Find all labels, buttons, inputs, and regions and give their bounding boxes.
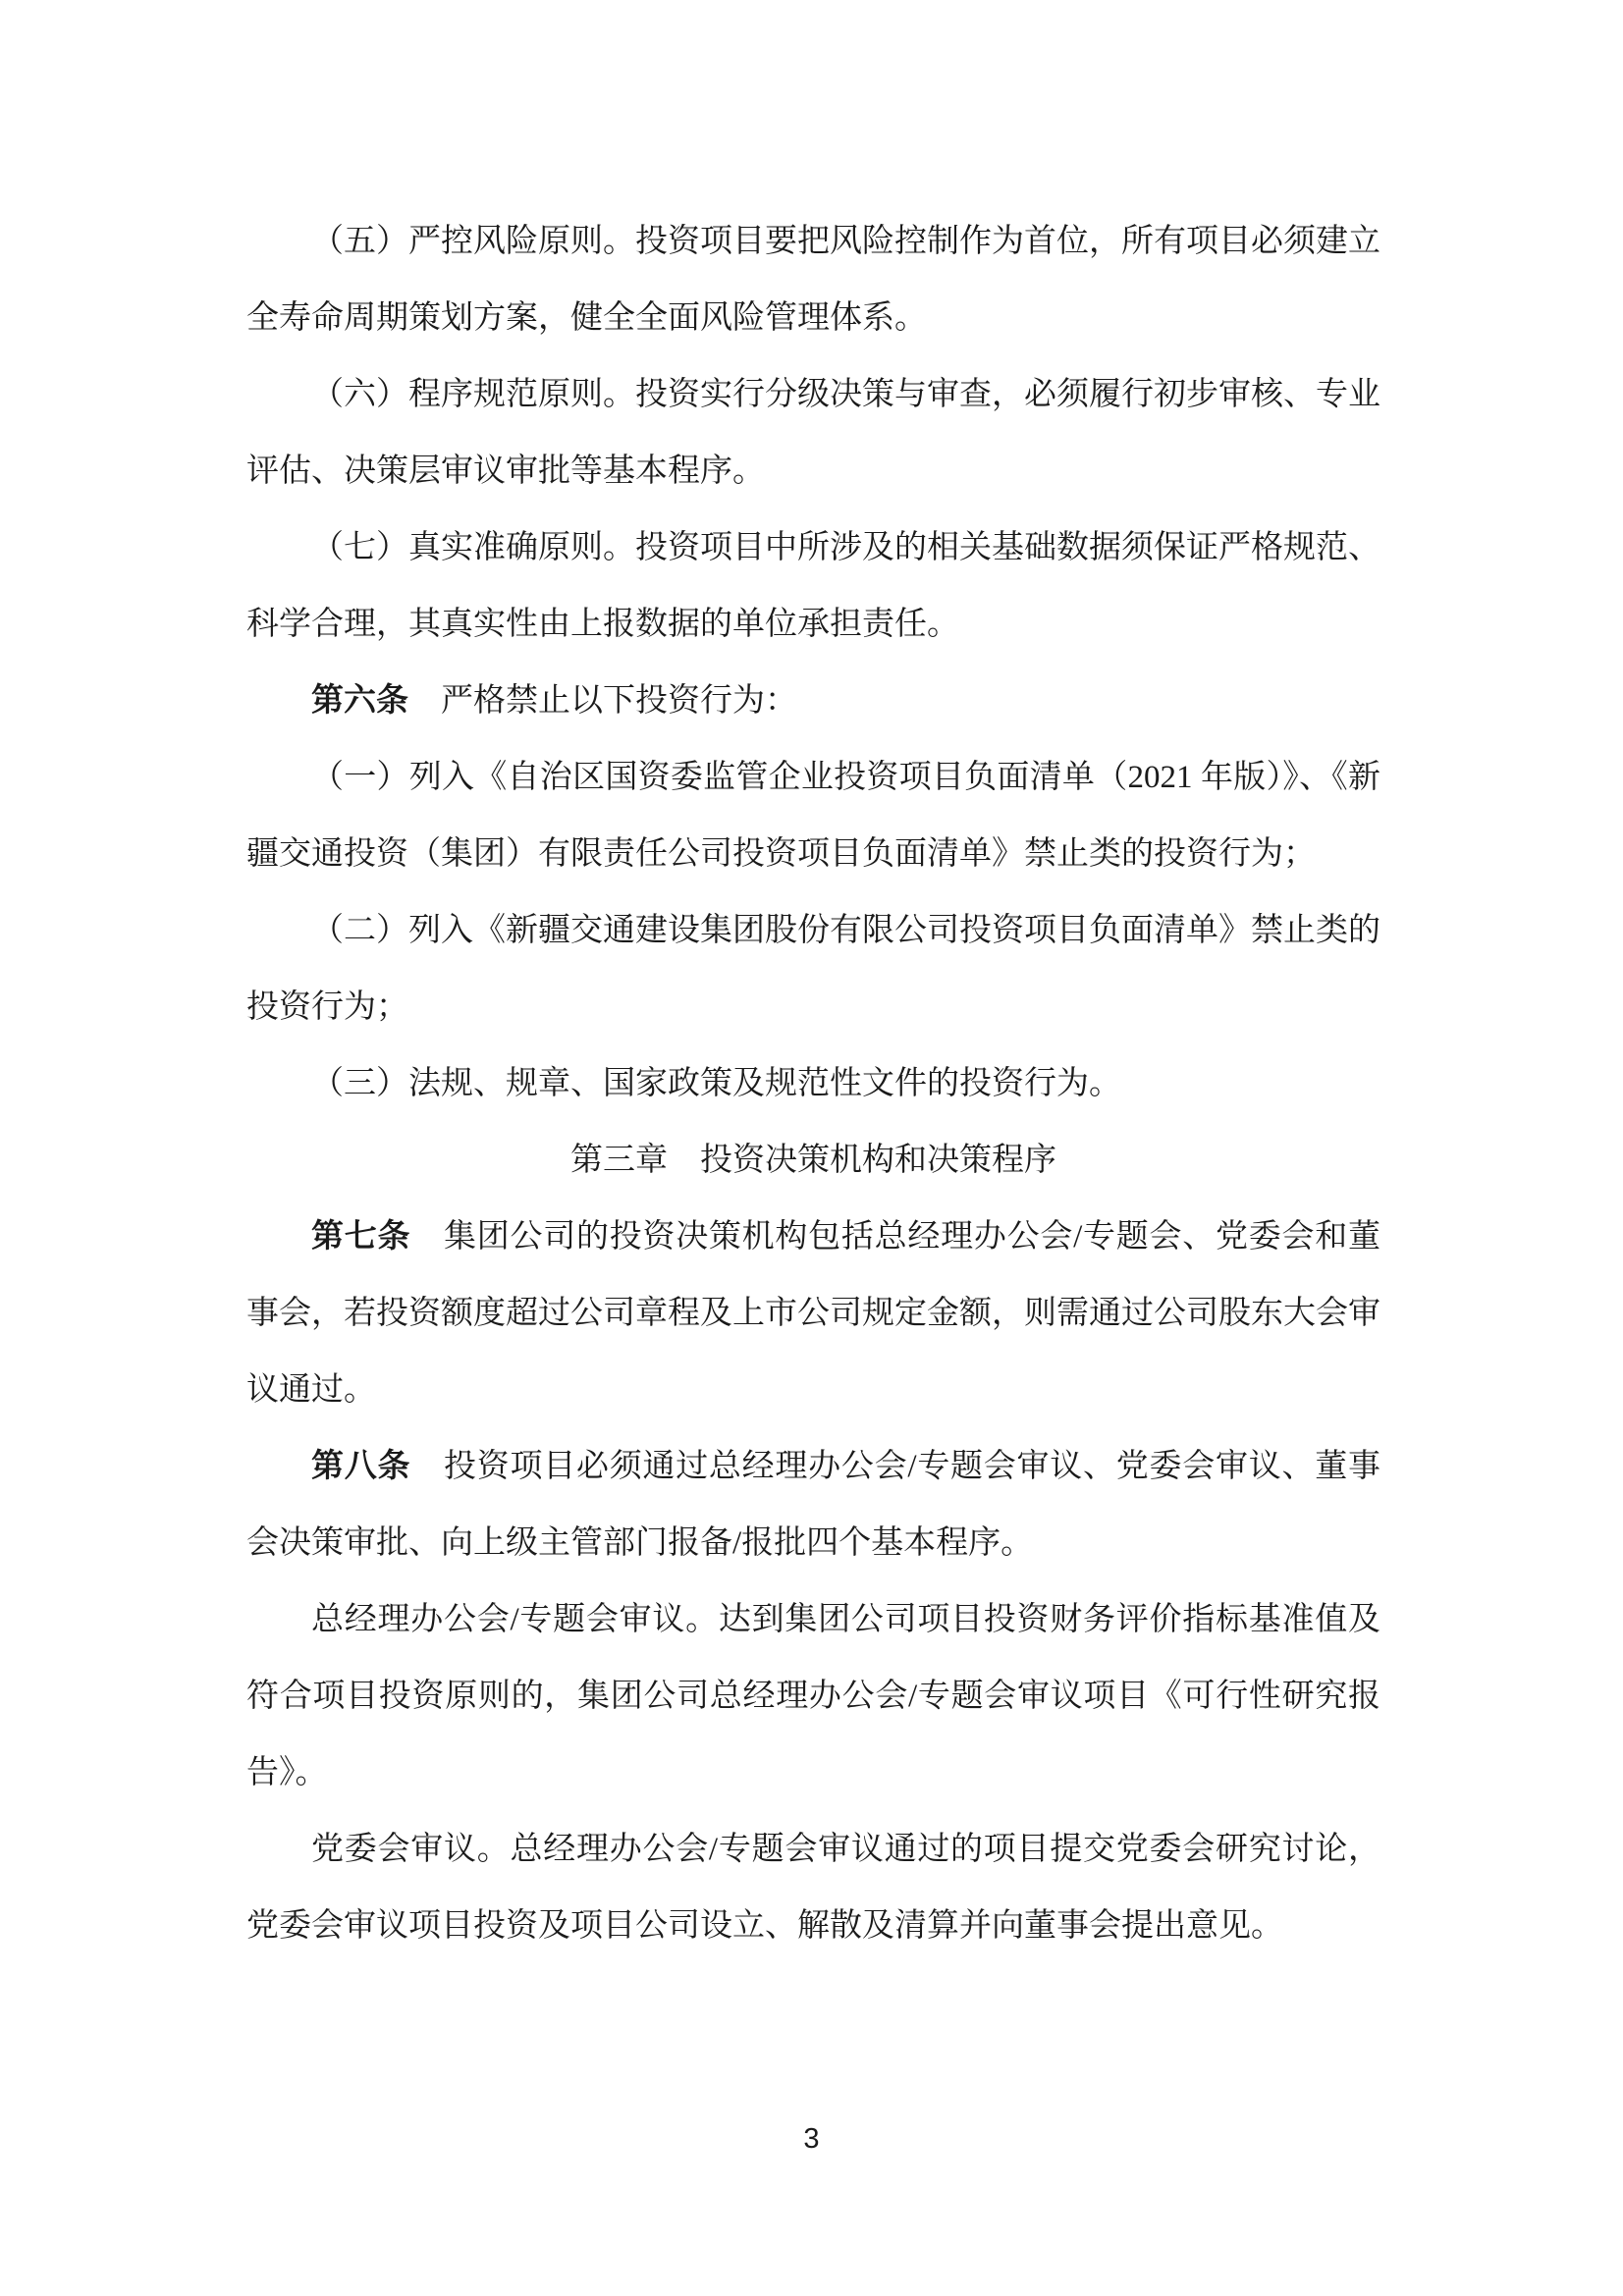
- article-number: 第八条: [311, 1449, 410, 1484]
- document-body: （五）严控风险原则。投资项目要把风险控制作为首位，所有项目必须建立全寿命周期策划…: [246, 203, 1380, 1964]
- page-footer: 3: [0, 2122, 1623, 2156]
- text-run: （一）列入《自治区国资委监管企业投资项目负面清单（2021 年版）》、《新疆交通…: [246, 760, 1380, 872]
- paragraph: （五）严控风险原则。投资项目要把风险控制作为首位，所有项目必须建立全寿命周期策划…: [246, 203, 1380, 356]
- paragraph: （六）程序规范原则。投资实行分级决策与审查，必须履行初步审核、专业评估、决策层审…: [246, 356, 1380, 509]
- paragraph: 党委会审议。总经理办公会/专题会审议通过的项目提交党委会研究讨论，党委会审议项目…: [246, 1811, 1380, 1964]
- text-run: 严格禁止以下投资行为：: [408, 683, 797, 719]
- text-run: （二）列入《新疆交通建设集团股份有限公司投资项目负面清单》禁止类的投资行为；: [246, 913, 1380, 1025]
- paragraph: （三）法规、规章、国家政策及规范性文件的投资行为。: [246, 1045, 1380, 1122]
- paragraph: 第七条 集团公司的投资决策机构包括总经理办公会/专题会、党委会和董事会，若投资额…: [246, 1199, 1380, 1428]
- paragraph: （一）列入《自治区国资委监管企业投资项目负面清单（2021 年版）》、《新疆交通…: [246, 739, 1380, 892]
- text-run: 投资项目必须通过总经理办公会/专题会审议、党委会审议、董事会决策审批、向上级主管…: [246, 1449, 1380, 1561]
- text-run: 第三章 投资决策机构和决策程序: [570, 1143, 1056, 1178]
- chapter-heading: 第三章 投资决策机构和决策程序: [246, 1122, 1380, 1199]
- paragraph: 第八条 投资项目必须通过总经理办公会/专题会审议、党委会审议、董事会决策审批、向…: [246, 1428, 1380, 1581]
- article-number: 第六条: [311, 683, 408, 719]
- text-run: 党委会审议。总经理办公会/专题会审议通过的项目提交党委会研究讨论，党委会审议项目…: [246, 1832, 1380, 1944]
- paragraph: 第六条 严格禁止以下投资行为：: [246, 663, 1380, 739]
- paragraph: （七）真实准确原则。投资项目中所涉及的相关基础数据须保证严格规范、科学合理，其真…: [246, 509, 1380, 663]
- page-number: 3: [803, 2123, 819, 2155]
- document-page: （五）严控风险原则。投资项目要把风险控制作为首位，所有项目必须建立全寿命周期策划…: [0, 0, 1623, 2296]
- text-run: （六）程序规范原则。投资实行分级决策与审查，必须履行初步审核、专业评估、决策层审…: [246, 377, 1380, 489]
- text-run: （七）真实准确原则。投资项目中所涉及的相关基础数据须保证严格规范、科学合理，其真…: [246, 530, 1380, 642]
- paragraph: （二）列入《新疆交通建设集团股份有限公司投资项目负面清单》禁止类的投资行为；: [246, 892, 1380, 1045]
- text-run: （五）严控风险原则。投资项目要把风险控制作为首位，所有项目必须建立全寿命周期策划…: [246, 224, 1380, 336]
- paragraph: 总经理办公会/专题会审议。达到集团公司项目投资财务评价指标基准值及符合项目投资原…: [246, 1581, 1380, 1811]
- article-number: 第七条: [311, 1219, 410, 1255]
- text-run: 集团公司的投资决策机构包括总经理办公会/专题会、党委会和董事会，若投资额度超过公…: [246, 1219, 1380, 1408]
- text-run: （三）法规、规章、国家政策及规范性文件的投资行为。: [311, 1066, 1121, 1101]
- text-run: 总经理办公会/专题会审议。达到集团公司项目投资财务评价指标基准值及符合项目投资原…: [246, 1602, 1380, 1790]
